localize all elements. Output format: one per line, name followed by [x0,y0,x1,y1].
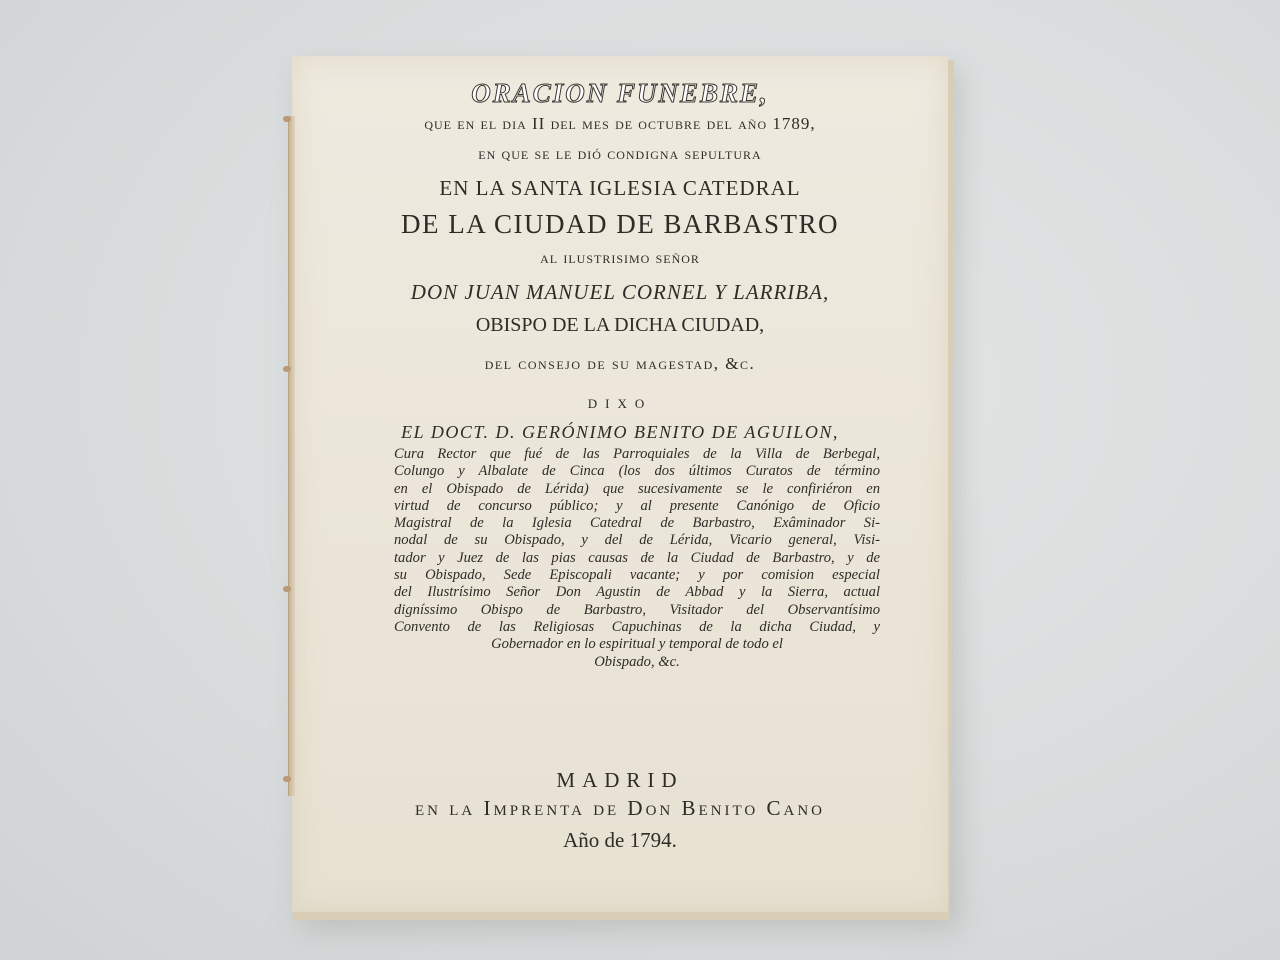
subtitle-honorific-line: al ilustrisimo señor [292,248,948,268]
stitch-thread [283,116,291,122]
stitch-thread [283,366,291,372]
subtitle-date-line: que en el dia II del mes de octubre del … [292,114,948,134]
council-line: del consejo de su magestad, &c. [292,354,948,374]
bio-line: tador y Juez de las pias causas de la Ci… [394,550,880,567]
bio-line: digníssimo Obispo de Barbastro, Visitado… [394,602,880,619]
subtitle-city-line: DE LA CIUDAD DE BARBASTRO [292,209,948,240]
bio-line: virtud de concurso público; y al present… [394,498,880,515]
dixo-heading: DIXO [292,396,948,412]
subtitle-church-line: EN LA SANTA IGLESIA CATEDRAL [292,176,948,201]
bishop-name: DON JUAN MANUEL CORNEL Y LARRIBA, [292,280,948,305]
bishop-title: OBISPO DE LA DICHA CIUDAD, [292,314,948,337]
bio-line: Colungo y Albalate de Cinca (los dos últ… [394,463,880,480]
imprint-year: Año de 1794. [292,828,948,853]
bio-line: Obispado, &c. [394,654,880,671]
imprint-printer: en la Imprenta de Don Benito Cano [292,796,948,821]
author-name: EL DOCT. D. GERÓNIMO BENITO DE AGUILON, [292,422,948,443]
bio-line: Magistral de la Iglesia Catedral de Barb… [394,515,880,532]
author-biography: Cura Rector que fué de las Parroquiales … [394,446,880,671]
stitch-thread [283,586,291,592]
stitch-thread [283,776,291,782]
imprint-city: MADRID [292,768,948,793]
bio-line: Convento de las Religiosas Capuchinas de… [394,619,880,636]
title-page: ORACION FUNEBRE, que en el dia II del me… [292,56,948,912]
bio-line: Gobernador en lo espiritual y temporal d… [394,636,880,653]
bio-line: su Obispado, Sede Episcopali vacante; y … [394,567,880,584]
bio-line: nodal de su Obispado, y del de Lérida, V… [394,532,880,549]
document-title: ORACION FUNEBRE, [292,78,948,109]
bio-line: del Ilustrísimo Señor Don Agustin de Abb… [394,584,880,601]
bio-line: en el Obispado de Lérida) que sucesivame… [394,481,880,498]
bio-line: Cura Rector que fué de las Parroquiales … [394,446,880,463]
subtitle-burial-line: en que se le dió condigna sepultura [292,144,948,164]
